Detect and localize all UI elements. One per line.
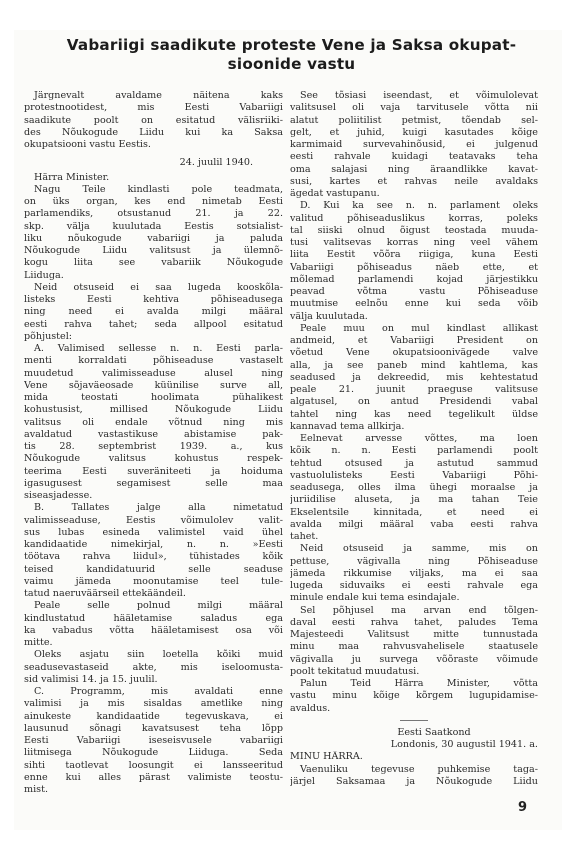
- text-line: eesti rahva tahet; seda allpool esitatud: [24, 319, 283, 331]
- text-line: eesti rahvale kuidagi teatavaks teha: [290, 151, 538, 163]
- text-line: mist.: [24, 784, 283, 796]
- paragraph: Sel põhjusel ma arvan end tõlgen- daval …: [290, 605, 538, 679]
- left-column: Järgnevalt avaldame näitena kaks protest…: [24, 90, 283, 796]
- text-line: Peale selle polnud milgi määral: [24, 600, 283, 612]
- text-line: Majesteedi Valitsust mitte tunnustada: [290, 629, 538, 641]
- paragraph: Eelnevat arvesse võttes, ma loen kõik n.…: [290, 433, 538, 543]
- text-line: valitud põhiseaduslikus korras, poleks: [290, 213, 538, 225]
- text-line: töötava rahva liidul», tühistades kõik: [24, 551, 283, 563]
- text-line: kannavad tema allkirja.: [290, 421, 538, 433]
- text-line: muudetud valimisseaduse alusel ning: [24, 368, 283, 380]
- text-line: listeks Eesti kehtiva põhiseadusega: [24, 294, 283, 306]
- text-line: See tõsiasi iseendast, et võimulolevat: [290, 90, 538, 102]
- signature-org: Eesti Saatkond: [290, 727, 538, 739]
- text-line: Oleks asjatu siin loetella kõiki muid: [24, 649, 283, 661]
- text-line: sid valimisi 14. ja 15. juulil.: [24, 674, 283, 686]
- text-line: mitte.: [24, 637, 283, 649]
- paragraph-b: B. Tallates jalge alla nimetatud valimis…: [24, 502, 283, 600]
- right-column: See tõsiasi iseendast, et võimulolevat v…: [290, 90, 538, 788]
- text-line: Neid otsuseid ja samme, mis on: [290, 543, 538, 555]
- text-line: Vene sõjaväeosade küünilise surve all,: [24, 380, 283, 392]
- text-line: mida teostati hoolimata pühalikest: [24, 392, 283, 404]
- text-line: Eesti Vabariigi iseseisvusele vabariigi: [24, 735, 283, 747]
- text-line: C. Programm, mis avaldati enne: [24, 686, 283, 698]
- text-line: juriidilise aluseta, ja ma tahan Teie: [290, 494, 538, 506]
- text-line: vägivalla ju survega võõraste võimude: [290, 654, 538, 666]
- text-line: avaldatud vastastikuse abistamise pak-: [24, 429, 283, 441]
- text-line: lausunud sõnagi kavatsusest teha lõpp: [24, 723, 283, 735]
- paragraph: See tõsiasi iseendast, et võimulolevat v…: [290, 90, 538, 200]
- text-line: Nõukogude Liidu valitsust ja ülemnõ-: [24, 245, 283, 257]
- text-line: tis 28. septembrist 1939. a., kus: [24, 441, 283, 453]
- paragraph-a: A. Valimised sellesse n. n. Eesti parla-…: [24, 343, 283, 502]
- text-line: minule endale kui tema esindajale.: [290, 592, 538, 604]
- text-line: avalda milgi määral vaba eesti rahva: [290, 519, 538, 531]
- text-line: vastuolulisteks Eesti Vabariigi Põhi-: [290, 470, 538, 482]
- text-line: andmeid, et Vabariigi President on: [290, 335, 538, 347]
- text-line: valitsus oli endale võtnud ning mis: [24, 417, 283, 429]
- text-line: seadusevastaseid akte, mis iseloomusta-: [24, 662, 283, 674]
- text-line: liita Eestit võõra riigiga, kuna Eesti: [290, 249, 538, 261]
- text-line: liku nõukogude vabariigi ja paluda: [24, 233, 283, 245]
- salutation: Härra Minister.: [24, 172, 283, 184]
- text-line: lugeda siduvaiks ei eesti rahvale ega: [290, 580, 538, 592]
- text-line: tehtud otsused ja astutud sammud: [290, 458, 538, 470]
- paragraph-c: C. Programm, mis avaldati enne valimisi …: [24, 686, 283, 796]
- text-line: ka vabadus võtta hääletamisest osa või: [24, 625, 283, 637]
- text-line: tahtel ning kas need tegelikult üldse: [290, 409, 538, 421]
- text-line: ainukeste kandidaatide tegevuskava, ei: [24, 711, 283, 723]
- text-line: teised kandidatuurid selle seaduse: [24, 564, 283, 576]
- text-line: Sel põhjusel ma arvan end tõlgen-: [290, 605, 538, 617]
- text-line: Vabariigi põhiseadus näeb ette, et: [290, 262, 538, 274]
- text-line: vaimu jämeda moonutamise teel tule-: [24, 576, 283, 588]
- paragraph: Neid otsuseid ei saa lugeda kooskõla- li…: [24, 282, 283, 343]
- page-number: 9: [518, 800, 527, 815]
- text-line: valimisseaduse, Eestis võimulolev valit-: [24, 515, 283, 527]
- text-line: Nõukogude valitsus kohustus respek-: [24, 453, 283, 465]
- text-line: tusi valitsevas korras ning veel vähem: [290, 237, 538, 249]
- text-line: tal siiski olnud õigust teostada muuda-: [290, 225, 538, 237]
- text-line: Eelnevat arvesse võttes, ma loen: [290, 433, 538, 445]
- paragraph: Peale selle polnud milgi määral kindlust…: [24, 600, 283, 649]
- text-line: tahet.: [290, 531, 538, 543]
- text-line: kõik n. n. Eesti parlamendi poolt: [290, 445, 538, 457]
- section-divider: [400, 720, 428, 721]
- text-line: pettuse, vägivalla ning Põhiseaduse: [290, 556, 538, 568]
- text-line: gelt, et juhid, kuigi kasutades kõige: [290, 127, 538, 139]
- text-line: liitmisega Nõukogude Liiduga. Seda: [24, 747, 283, 759]
- title-line-2: sioonide vastu: [0, 55, 583, 74]
- text-line: on üks organ, kes end nimetab Eesti: [24, 196, 283, 208]
- text-line: Liiduga.: [24, 270, 283, 282]
- text-line: okupatsiooni vastu Eestis.: [24, 139, 283, 151]
- text-line: alatut poliitilist petmist, tõendab sel-: [290, 115, 538, 127]
- text-line: teerima Eesti suveräniteeti ja hoiduma: [24, 466, 283, 478]
- title-line-1: Vabariigi saadikute proteste Vene ja Sak…: [0, 36, 583, 55]
- text-line: B. Tallates jalge alla nimetatud: [24, 502, 283, 514]
- text-line: mõlemad parlamendi kojad järjestikku: [290, 274, 538, 286]
- text-line: menti korraldati põhiseaduse vastaselt: [24, 355, 283, 367]
- text-line: seadusega, olles ilma ühegi moraalse ja: [290, 482, 538, 494]
- paragraph: Vaenuliku tegevuse puhkemise taga- järje…: [290, 764, 538, 789]
- paragraph: Neid otsuseid ja samme, mis on pettuse, …: [290, 543, 538, 604]
- text-line: igasugusest segamisest selle maa: [24, 478, 283, 490]
- text-line: põhjustel:: [24, 331, 283, 343]
- text-line: skp. välja kuulutada Eestis sotsialist-: [24, 221, 283, 233]
- text-line: D. Kui ka see n. n. parlament oleks: [290, 200, 538, 212]
- text-line: kogu liita see vabariik Nõukogude: [24, 257, 283, 269]
- text-line: protestnootidest, mis Eesti Vabariigi: [24, 102, 283, 114]
- text-line: vastu minu kõige kõrgem lugupidamise-: [290, 690, 538, 702]
- text-line: oma salajasi ning äraandlikke kavat-: [290, 164, 538, 176]
- text-line: tatud naeruväärseil ettekäändeil.: [24, 588, 283, 600]
- text-line: seadused ja dekreedid, mis kehtestatud: [290, 372, 538, 384]
- text-line: jämeda rikkumise viljaks, ma ei saa: [290, 568, 538, 580]
- text-line: kohustusist, millised Nõukogude Liidu: [24, 404, 283, 416]
- text-line: Peale muu on mul kindlast allikast: [290, 323, 538, 335]
- paragraph: Nagu Teile kindlasti pole teadmata, on ü…: [24, 184, 283, 282]
- paragraph: Palun Teid Härra Minister, võtta vastu m…: [290, 678, 538, 715]
- text-line: peavad võtma vastu Põhiseaduse: [290, 286, 538, 298]
- text-line: valitsusel oli vaja tarvitusele võtta ni…: [290, 102, 538, 114]
- text-line: Palun Teid Härra Minister, võtta: [290, 678, 538, 690]
- text-line: saadikute poolt on esitatud välisriiki-: [24, 115, 283, 127]
- text-line: siseasjadesse.: [24, 490, 283, 502]
- text-line: Neid otsuseid ei saa lugeda kooskõla-: [24, 282, 283, 294]
- text-line: parlamendiks, otsustanud 21. ja 22.: [24, 208, 283, 220]
- article-title: Vabariigi saadikute proteste Vene ja Sak…: [0, 36, 583, 74]
- text-line: sus lubas esineda valimistel vaid ühel: [24, 527, 283, 539]
- text-line: susi, kartes et rahvas neile avaldaks: [290, 176, 538, 188]
- text-line: karmimaid survevahinõusid, ei julgenud: [290, 139, 538, 151]
- text-line: järjel Saksamaa ja Nõukogude Liidu: [290, 776, 538, 788]
- text-line: Ekselentsile kinnitada, et need ei: [290, 507, 538, 519]
- text-line: võetud Vene okupatsioonivägede valve: [290, 347, 538, 359]
- text-line: Vaenuliku tegevuse puhkemise taga-: [290, 764, 538, 776]
- intro-paragraph: Järgnevalt avaldame näitena kaks protest…: [24, 90, 283, 151]
- text-line: alla, ja see paneb mind kahtlema, kas: [290, 360, 538, 372]
- text-line: kandidaatide nimekirjal, n. n. »Eesti: [24, 539, 283, 551]
- letter-date: 24. juulil 1940.: [24, 157, 283, 169]
- text-line: poolt tekitatud muudatusi.: [290, 666, 538, 678]
- text-line: sihti taotlevat loosungit ei lansseeritu…: [24, 760, 283, 772]
- text-line: välja kuulutada.: [290, 311, 538, 323]
- text-line: Järgnevalt avaldame näitena kaks: [24, 90, 283, 102]
- signature-place-date: Londonis, 30 augustil 1941. a.: [290, 739, 538, 751]
- paragraph: Peale muu on mul kindlast allikast andme…: [290, 323, 538, 433]
- text-line: ägedat vastupanu.: [290, 188, 538, 200]
- text-line: daval eesti rahva tahet, paludes Tema: [290, 617, 538, 629]
- text-line: avaldus.: [290, 703, 538, 715]
- text-line: algatusel, on antud Presidendi vabal: [290, 396, 538, 408]
- paragraph: Oleks asjatu siin loetella kõiki muid se…: [24, 649, 283, 686]
- text-line: kindlustatud hääletamise saladus ega: [24, 613, 283, 625]
- text-line: minu maa rahvusvahelisele staatusele: [290, 641, 538, 653]
- text-line: valimisi ja mis sisaldas ametlike ning: [24, 698, 283, 710]
- text-line: A. Valimised sellesse n. n. Eesti parla-: [24, 343, 283, 355]
- salutation: MINU HÄRRA.: [290, 751, 538, 763]
- text-line: enne kui alles pärast valimiste teostu-: [24, 772, 283, 784]
- text-line: peale 21. juunit praeguse valitsuse: [290, 384, 538, 396]
- text-line: muutmise eelnõu enne kui seda võib: [290, 298, 538, 310]
- paragraph-d: D. Kui ka see n. n. parlament oleks vali…: [290, 200, 538, 323]
- text-line: des Nõukogude Liidu kui ka Saksa: [24, 127, 283, 139]
- text-line: Nagu Teile kindlasti pole teadmata,: [24, 184, 283, 196]
- text-line: ning need ei avalda milgi määral: [24, 306, 283, 318]
